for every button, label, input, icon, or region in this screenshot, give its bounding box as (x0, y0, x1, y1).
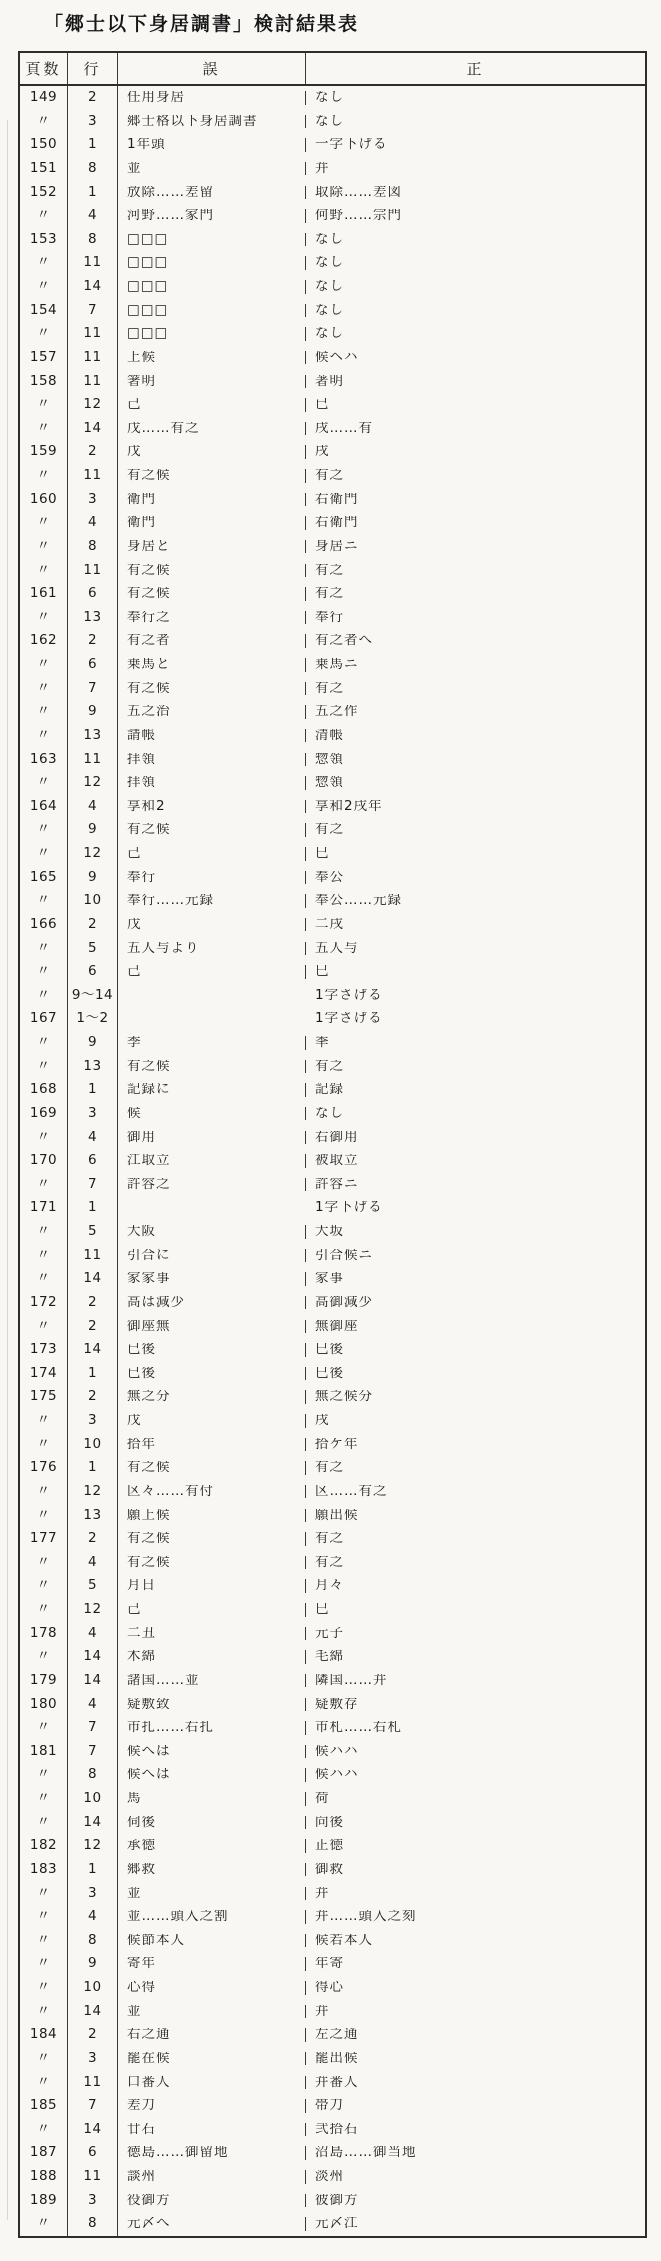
cell-page-number: 154 (20, 299, 68, 323)
cell-page-number: 173 (20, 1338, 68, 1362)
cell-error-text: 有之候 (118, 1461, 306, 1475)
cell-line-number: 4 (68, 1126, 118, 1150)
cell-page-number: 153 (20, 228, 68, 252)
cell-correct-text: 有之 (306, 823, 645, 837)
table-row: 〃14並并 (20, 2000, 645, 2024)
cell-page-number: 〃 (20, 2000, 68, 2024)
cell-correct-text: 拾ケ年 (306, 1438, 645, 1452)
cell-page-number: 166 (20, 913, 68, 937)
table-row: 〃4御用右御用 (20, 1126, 645, 1150)
cell-line-number: 4 (68, 204, 118, 228)
cell-line-number: 14 (68, 1645, 118, 1669)
cell-line-number: 11 (68, 748, 118, 772)
cell-error-text: 衛門 (118, 493, 306, 507)
cell-error-text: 候へは (118, 1768, 306, 1782)
cell-error-text: 引合に (118, 1249, 306, 1263)
cell-error-text: 諸国……並 (118, 1674, 306, 1688)
cell-line-number: 13 (68, 1504, 118, 1528)
table-row: 〃11引合に引合候ニ (20, 1244, 645, 1268)
table-row: 1706江取立被取立 (20, 1149, 645, 1173)
cell-correct-text: 有之 (306, 564, 645, 578)
cell-line-number: 7 (68, 1740, 118, 1764)
cell-line-number: 3 (68, 1409, 118, 1433)
table-row: 〃4河野……家門何野……宗門 (20, 204, 645, 228)
table-row: 〃9寄年年寄 (20, 1952, 645, 1976)
cell-correct-text: 清帳 (306, 729, 645, 743)
cell-error-text: 馬 (118, 1792, 306, 1806)
table-row: 〃8身居と身居ニ (20, 535, 645, 559)
cell-error-text: 右之通 (118, 2028, 306, 2042)
table-row: 〃13有之候有之 (20, 1055, 645, 1079)
cell-error-text: 五之治 (118, 705, 306, 719)
table-row: 〃14伺後向後 (20, 1811, 645, 1835)
cell-correct-text: なし (306, 91, 645, 105)
cell-error-text: 候節本人 (118, 1934, 306, 1948)
cell-correct-text: 有之 (306, 1556, 645, 1570)
cell-error-text: 享和2 (118, 800, 306, 814)
table-row: 〃12拝領惣領 (20, 771, 645, 795)
cell-error-text: 月日 (118, 1579, 306, 1593)
cell-error-text: 伺後 (118, 1816, 306, 1830)
cell-error-text: 拝領 (118, 776, 306, 790)
table-header-row: 頁数 行 誤 正 (20, 53, 645, 86)
cell-error-text: 市扎……右扎 (118, 1721, 306, 1735)
cell-line-number: 11 (68, 346, 118, 370)
cell-line-number: 9 (68, 866, 118, 890)
cell-line-number: 6 (68, 582, 118, 606)
cell-line-number: 7 (68, 1173, 118, 1197)
table-row: 〃11有之候有之 (20, 559, 645, 583)
cell-correct-text: 得心 (306, 1981, 645, 1995)
cell-error-text: 有之候 (118, 1532, 306, 1546)
cell-error-text: 廿石 (118, 2123, 306, 2137)
cell-error-text: 高は減少 (118, 1296, 306, 1310)
table-row: 〃12己巳 (20, 1598, 645, 1622)
cell-error-text: 己 (118, 965, 306, 979)
cell-correct-text: なし (306, 115, 645, 129)
cell-error-text: 任用身居 (118, 91, 306, 105)
cell-correct-text: 有之 (306, 469, 645, 483)
table-row: 15811箸明著明 (20, 370, 645, 394)
table-row: 〃10奉行……元録奉公……元録 (20, 889, 645, 913)
table-row: 〃10心得得心 (20, 1976, 645, 2000)
table-row: 1804疑敷致疑敷存 (20, 1693, 645, 1717)
cell-correct-text: 右御用 (306, 1131, 645, 1145)
cell-line-number: 11 (68, 251, 118, 275)
cell-correct-text: 無御座 (306, 1320, 645, 1334)
cell-correct-text: 被取立 (306, 1154, 645, 1168)
cell-error-text: 1年頭 (118, 138, 306, 152)
cell-error-text: 談州 (118, 2170, 306, 2184)
cell-page-number: 〃 (20, 2212, 68, 2236)
table-row: 1741已後巳後 (20, 1362, 645, 1386)
errata-table: 頁数 行 誤 正 1492任用身居なし〃3郷士格以下身居調書なし15011年頭一… (18, 51, 647, 2238)
cell-error-text: 役御方 (118, 2194, 306, 2208)
cell-page-number: 〃 (20, 771, 68, 795)
cell-correct-text: 奉公……元録 (306, 894, 645, 908)
table-row: 〃14廿石弐拾石 (20, 2118, 645, 2142)
header-line-number: 行 (68, 53, 118, 84)
table-row: 1857差刀帯刀 (20, 2094, 645, 2118)
cell-error-text: 戊 (118, 918, 306, 932)
cell-correct-text: 秊 (306, 1036, 645, 1050)
cell-error-text: □□□ (118, 304, 306, 318)
table-row: 〃11□□□なし (20, 251, 645, 275)
table-row: 〃3戊戌 (20, 1409, 645, 1433)
cell-page-number: 〃 (20, 1787, 68, 1811)
cell-correct-text: 元〆江 (306, 2217, 645, 2231)
table-row: 〃12己已 (20, 393, 645, 417)
cell-line-number: 3 (68, 110, 118, 134)
cell-page-number: 163 (20, 748, 68, 772)
cell-correct-text: 1字さげる (306, 989, 645, 1003)
table-row: 〃3並并 (20, 1882, 645, 1906)
cell-error-text: 疑敷致 (118, 1698, 306, 1712)
cell-correct-text: 戌 (306, 1414, 645, 1428)
cell-correct-text: 一字下げる (306, 138, 645, 152)
cell-page-number: 〃 (20, 937, 68, 961)
cell-error-text: 御用 (118, 1131, 306, 1145)
cell-page-number: 176 (20, 1456, 68, 1480)
cell-line-number: 13 (68, 1055, 118, 1079)
cell-correct-text: 身居ニ (306, 540, 645, 554)
cell-line-number: 9 (68, 1031, 118, 1055)
cell-page-number: 〃 (20, 1882, 68, 1906)
cell-error-text: 徳島……御留地 (118, 2146, 306, 2160)
cell-correct-text: 乗馬ニ (306, 658, 645, 672)
table-row: 〃10拾年拾ケ年 (20, 1433, 645, 1457)
table-row: 15011年頭一字下げる (20, 133, 645, 157)
cell-correct-text: 右衛門 (306, 493, 645, 507)
table-row: 〃13奉行之奉行 (20, 606, 645, 630)
cell-page-number: 182 (20, 1834, 68, 1858)
table-row: 〃3郷士格以下身居調書なし (20, 110, 645, 134)
cell-line-number: 12 (68, 393, 118, 417)
table-row: 1547□□□なし (20, 299, 645, 323)
cell-page-number: 158 (20, 370, 68, 394)
table-row: 〃11有之候有之 (20, 464, 645, 488)
cell-correct-text: 戌 (306, 445, 645, 459)
cell-line-number: 2 (68, 86, 118, 110)
cell-line-number: 11 (68, 2165, 118, 2189)
cell-line-number: 12 (68, 1834, 118, 1858)
cell-correct-text: 巳 (306, 847, 645, 861)
cell-page-number: 178 (20, 1622, 68, 1646)
cell-line-number: 10 (68, 1433, 118, 1457)
cell-line-number: 11 (68, 464, 118, 488)
table-row: 17111字下げる (20, 1196, 645, 1220)
table-row: 〃8元〆へ元〆江 (20, 2212, 645, 2236)
cell-page-number: 〃 (20, 1763, 68, 1787)
cell-page-number: 180 (20, 1693, 68, 1717)
cell-page-number: 〃 (20, 417, 68, 441)
table-row: 1538□□□なし (20, 228, 645, 252)
cell-line-number: 1 (68, 1456, 118, 1480)
table-row: 〃9五之治五之作 (20, 700, 645, 724)
table-row: 〃4並……頭入之割并……頭入之刻 (20, 1905, 645, 1929)
cell-page-number: 〃 (20, 1551, 68, 1575)
table-row: 〃9有之候有之 (20, 818, 645, 842)
cell-error-text: 願上候 (118, 1509, 306, 1523)
cell-line-number: 4 (68, 511, 118, 535)
cell-line-number: 10 (68, 889, 118, 913)
scanned-document-page: 「郷士以下身居調書」検討結果表 頁数 行 誤 正 1492任用身居なし〃3郷士格… (0, 0, 661, 2261)
cell-page-number: 〃 (20, 818, 68, 842)
cell-error-text: 江取立 (118, 1154, 306, 1168)
table-row: 1518並并 (20, 157, 645, 181)
cell-line-number: 3 (68, 1882, 118, 1906)
cell-correct-text: 并 (306, 1887, 645, 1901)
cell-page-number: 185 (20, 2094, 68, 2118)
cell-page-number: 〃 (20, 960, 68, 984)
cell-correct-text: 毛綿 (306, 1650, 645, 1664)
table-row: 1662戊二戌 (20, 913, 645, 937)
table-row: 〃3罷在候罷出候 (20, 2047, 645, 2071)
cell-correct-text: 有之 (306, 587, 645, 601)
cell-line-number: 7 (68, 299, 118, 323)
cell-line-number: 11 (68, 2071, 118, 2095)
table-row: 〃14家家事家事 (20, 1267, 645, 1291)
table-row: 1622有之者有之者へ (20, 629, 645, 653)
cell-line-number: 2 (68, 629, 118, 653)
cell-page-number: 〃 (20, 1173, 68, 1197)
cell-page-number: 〃 (20, 110, 68, 134)
cell-page-number: 〃 (20, 1504, 68, 1528)
cell-page-number: 〃 (20, 2118, 68, 2142)
cell-line-number: 8 (68, 1763, 118, 1787)
cell-page-number: 161 (20, 582, 68, 606)
table-row: 1659奉行奉公 (20, 866, 645, 890)
cell-page-number: 〃 (20, 1315, 68, 1339)
cell-page-number: 〃 (20, 393, 68, 417)
table-row: 1893役御方彼御方 (20, 2189, 645, 2213)
cell-error-text: 木綿 (118, 1650, 306, 1664)
cell-page-number: 175 (20, 1385, 68, 1409)
cell-correct-text: 已 (306, 398, 645, 412)
cell-line-number: 8 (68, 535, 118, 559)
cell-line-number: 14 (68, 1338, 118, 1362)
cell-line-number: 11 (68, 559, 118, 583)
cell-page-number: 159 (20, 440, 68, 464)
cell-error-text: 衛門 (118, 516, 306, 530)
cell-line-number: 4 (68, 1693, 118, 1717)
cell-correct-text: 家事 (306, 1272, 645, 1286)
cell-error-text: 奉行……元録 (118, 894, 306, 908)
table-row: 〃5五人与より五人与 (20, 937, 645, 961)
cell-page-number: 162 (20, 629, 68, 653)
cell-error-text: 河野……家門 (118, 209, 306, 223)
cell-correct-text: 隣国……并 (306, 1674, 645, 1688)
cell-page-number: 184 (20, 2023, 68, 2047)
cell-error-text: 元〆へ (118, 2217, 306, 2231)
cell-error-text: 記録に (118, 1083, 306, 1097)
table-row: 〃14木綿毛綿 (20, 1645, 645, 1669)
cell-error-text: 乗馬と (118, 658, 306, 672)
cell-line-number: 7 (68, 1716, 118, 1740)
cell-error-text: 上候 (118, 351, 306, 365)
table-row: 1876徳島……御留地沼島……御当地 (20, 2141, 645, 2165)
cell-line-number: 14 (68, 1811, 118, 1835)
cell-correct-text: 巳 (306, 965, 645, 979)
table-row: 18811談州淡州 (20, 2165, 645, 2189)
cell-error-text: 請帳 (118, 729, 306, 743)
cell-correct-text: 何野……宗門 (306, 209, 645, 223)
cell-line-number: 9 (68, 700, 118, 724)
cell-error-text: 有之候 (118, 823, 306, 837)
cell-page-number: 171 (20, 1196, 68, 1220)
cell-line-number: 2 (68, 1527, 118, 1551)
cell-error-text: 已後 (118, 1343, 306, 1357)
cell-page-number: 〃 (20, 724, 68, 748)
cell-correct-text: 并 (306, 162, 645, 176)
cell-line-number: 12 (68, 842, 118, 866)
cell-error-text: 箸明 (118, 375, 306, 389)
table-row: 〃10馬荷 (20, 1787, 645, 1811)
cell-page-number: 168 (20, 1078, 68, 1102)
table-row: 〃9季秊 (20, 1031, 645, 1055)
table-row: 1842右之通左之通 (20, 2023, 645, 2047)
cell-error-text: 拾年 (118, 1438, 306, 1452)
cell-error-text: 並 (118, 1887, 306, 1901)
cell-correct-text: 二戌 (306, 918, 645, 932)
cell-page-number: 〃 (20, 1905, 68, 1929)
scan-gutter-line (7, 120, 8, 2220)
cell-error-text: 己 (118, 1603, 306, 1617)
table-row: 〃7許容之許容ニ (20, 1173, 645, 1197)
cell-correct-text: 高御減少 (306, 1296, 645, 1310)
cell-page-number: 181 (20, 1740, 68, 1764)
cell-line-number: 3 (68, 1102, 118, 1126)
table-row: 1817候へは候ハハ (20, 1740, 645, 1764)
cell-page-number: 〃 (20, 1126, 68, 1150)
cell-page-number: 157 (20, 346, 68, 370)
table-row: 1681記録に記録 (20, 1078, 645, 1102)
cell-page-number: 〃 (20, 842, 68, 866)
table-row: 1492任用身居なし (20, 86, 645, 110)
cell-page-number: 165 (20, 866, 68, 890)
table-row: 〃12区々……有付区……有之 (20, 1480, 645, 1504)
cell-error-text: 寄年 (118, 1957, 306, 1971)
cell-page-number: 177 (20, 1527, 68, 1551)
cell-correct-text: 1字下げる (306, 1201, 645, 1215)
cell-correct-text: 月々 (306, 1579, 645, 1593)
cell-correct-text: 無之候分 (306, 1390, 645, 1404)
cell-page-number: 160 (20, 488, 68, 512)
table-row: 〃6乗馬と乗馬ニ (20, 653, 645, 677)
cell-page-number: 188 (20, 2165, 68, 2189)
cell-line-number: 12 (68, 771, 118, 795)
cell-error-text: 並 (118, 162, 306, 176)
cell-correct-text: 元子 (306, 1627, 645, 1641)
table-row: 〃6己巳 (20, 960, 645, 984)
cell-page-number: 152 (20, 181, 68, 205)
cell-correct-text: 願出候 (306, 1509, 645, 1523)
cell-correct-text: なし (306, 256, 645, 270)
cell-error-text: 有之候 (118, 564, 306, 578)
cell-line-number: 2 (68, 913, 118, 937)
table-row: 〃13請帳清帳 (20, 724, 645, 748)
cell-page-number: 〃 (20, 1031, 68, 1055)
cell-correct-text: 候若本人 (306, 1934, 645, 1948)
cell-error-text: □□□ (118, 280, 306, 294)
cell-page-number: 〃 (20, 1480, 68, 1504)
cell-error-text: 有之候 (118, 1556, 306, 1570)
cell-error-text: 身居と (118, 540, 306, 554)
cell-page-number: 167 (20, 1007, 68, 1031)
table-row: 〃2御座無無御座 (20, 1315, 645, 1339)
cell-error-text: 戊……有之 (118, 422, 306, 436)
cell-correct-text: 正徳 (306, 1839, 645, 1853)
cell-line-number: 14 (68, 1669, 118, 1693)
cell-correct-text: 巳後 (306, 1367, 645, 1381)
cell-page-number: 〃 (20, 606, 68, 630)
table-row: 〃4衛門右衛門 (20, 511, 645, 535)
table-row: 1772有之候有之 (20, 1527, 645, 1551)
cell-error-text: 二丑 (118, 1627, 306, 1641)
cell-line-number: 9〜14 (68, 984, 118, 1008)
cell-correct-text: 罷出候 (306, 2052, 645, 2066)
cell-line-number: 8 (68, 1929, 118, 1953)
table-row: 1616有之候有之 (20, 582, 645, 606)
cell-error-text: 御座無 (118, 1320, 306, 1334)
cell-page-number: 〃 (20, 535, 68, 559)
cell-error-text: 有之候 (118, 469, 306, 483)
cell-correct-text: 候ハハ (306, 1745, 645, 1759)
cell-error-text: 戊 (118, 445, 306, 459)
cell-page-number: 〃 (20, 1716, 68, 1740)
header-correct: 正 (306, 53, 645, 84)
cell-line-number: 5 (68, 937, 118, 961)
cell-error-text: 無之分 (118, 1390, 306, 1404)
cell-page-number: 164 (20, 795, 68, 819)
cell-correct-text: なし (306, 304, 645, 318)
cell-correct-text: 取除……差図 (306, 186, 645, 200)
cell-correct-text: 許容ニ (306, 1178, 645, 1192)
cell-line-number: 14 (68, 2118, 118, 2142)
table-row: 〃11口番人并番人 (20, 2071, 645, 2095)
cell-line-number: 8 (68, 228, 118, 252)
cell-line-number: 12 (68, 1480, 118, 1504)
cell-correct-text: 候ヘハ (306, 351, 645, 365)
table-row: 〃7市扎……右扎市札……右札 (20, 1716, 645, 1740)
cell-error-text: 有之候 (118, 587, 306, 601)
cell-page-number: 〃 (20, 1929, 68, 1953)
cell-correct-text: 享和2戌年 (306, 800, 645, 814)
cell-page-number: 〃 (20, 511, 68, 535)
cell-line-number: 9 (68, 818, 118, 842)
cell-line-number: 8 (68, 2212, 118, 2236)
cell-page-number: 151 (20, 157, 68, 181)
cell-error-text: 候 (118, 1107, 306, 1121)
table-row: 1671〜21字さげる (20, 1007, 645, 1031)
table-row: 17914諸国……並隣国……并 (20, 1669, 645, 1693)
cell-line-number: 4 (68, 795, 118, 819)
table-row: 〃14□□□なし (20, 275, 645, 299)
cell-correct-text: 淡州 (306, 2170, 645, 2184)
cell-page-number: 〃 (20, 322, 68, 346)
cell-correct-text: 并番人 (306, 2076, 645, 2090)
cell-page-number: 〃 (20, 1409, 68, 1433)
table-row: 〃12己巳 (20, 842, 645, 866)
cell-page-number: 〃 (20, 559, 68, 583)
cell-line-number: 10 (68, 1976, 118, 2000)
cell-page-number: 169 (20, 1102, 68, 1126)
page-title: 「郷士以下身居調書」検討結果表 (44, 9, 359, 36)
table-row: 〃8候節本人候若本人 (20, 1929, 645, 1953)
cell-correct-text: 奉行 (306, 611, 645, 625)
cell-error-text: 区々……有付 (118, 1485, 306, 1499)
cell-correct-text: 区……有之 (306, 1485, 645, 1499)
